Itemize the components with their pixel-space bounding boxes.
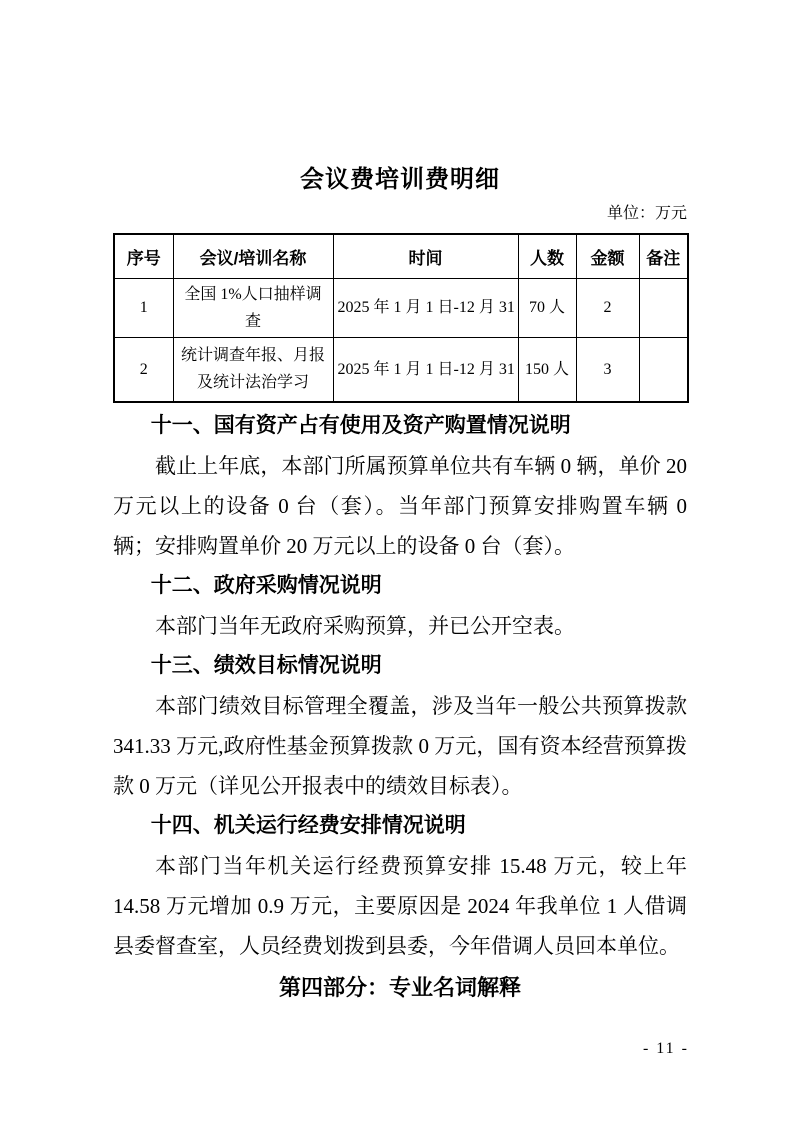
- table-row: 1 全国 1%人口抽样调查 2025 年 1 月 1 日-12 月 31 日 7…: [114, 278, 688, 337]
- column-header-time: 时间: [333, 234, 518, 278]
- page-content: 会议费培训费明细 单位：万元 序号 会议/培训名称 时间 人数 金额 备注 1 …: [113, 0, 687, 1008]
- cell-note: [639, 278, 688, 337]
- section-paragraph: 本部门当年无政府采购预算，并已公开空表。: [113, 606, 687, 646]
- table-row: 2 统计调查年报、月报及统计法治学习 2025 年 1 月 1 日-12 月 3…: [114, 337, 688, 402]
- column-header-name: 会议/培训名称: [173, 234, 333, 278]
- document-page: 会议费培训费明细 单位：万元 序号 会议/培训名称 时间 人数 金额 备注 1 …: [0, 0, 793, 1122]
- cell-no: 1: [114, 278, 173, 337]
- sections: 十一、国有资产占有使用及资产购置情况说明 截止上年底，本部门所属预算单位共有车辆…: [113, 406, 687, 966]
- cell-time: 2025 年 1 月 1 日-12 月 31 日: [333, 337, 518, 402]
- section-twelve: 十二、政府采购情况说明 本部门当年无政府采购预算，并已公开空表。: [113, 566, 687, 646]
- section-heading: 十一、国有资产占有使用及资产购置情况说明: [113, 406, 687, 446]
- section-paragraph: 本部门绩效目标管理全覆盖，涉及当年一般公共预算拨款 341.33 万元,政府性基…: [113, 686, 687, 806]
- cell-note: [639, 337, 688, 402]
- cell-time: 2025 年 1 月 1 日-12 月 31 日: [333, 278, 518, 337]
- cell-name: 统计调查年报、月报及统计法治学习: [173, 337, 333, 402]
- cell-amount: 2: [576, 278, 639, 337]
- table-header-row: 序号 会议/培训名称 时间 人数 金额 备注: [114, 234, 688, 278]
- meeting-training-fee-table: 序号 会议/培训名称 时间 人数 金额 备注 1 全国 1%人口抽样调查 202…: [113, 233, 689, 403]
- column-header-note: 备注: [639, 234, 688, 278]
- column-header-people: 人数: [518, 234, 576, 278]
- column-header-amount: 金额: [576, 234, 639, 278]
- cell-no: 2: [114, 337, 173, 402]
- section-eleven: 十一、国有资产占有使用及资产购置情况说明 截止上年底，本部门所属预算单位共有车辆…: [113, 406, 687, 566]
- cell-amount: 3: [576, 337, 639, 402]
- cell-people: 150 人: [518, 337, 576, 402]
- section-heading: 十三、绩效目标情况说明: [113, 646, 687, 686]
- page-number: - 11 -: [643, 1040, 689, 1058]
- section-heading: 十四、机关运行经费安排情况说明: [113, 806, 687, 846]
- section-paragraph: 本部门当年机关运行经费预算安排 15.48 万元，较上年 14.58 万元增加 …: [113, 846, 687, 966]
- part-four-title: 第四部分：专业名词解释: [113, 968, 687, 1008]
- section-thirteen: 十三、绩效目标情况说明 本部门绩效目标管理全覆盖，涉及当年一般公共预算拨款 34…: [113, 646, 687, 806]
- cell-name: 全国 1%人口抽样调查: [173, 278, 333, 337]
- cell-people: 70 人: [518, 278, 576, 337]
- column-header-no: 序号: [114, 234, 173, 278]
- document-title: 会议费培训费明细: [113, 166, 687, 194]
- section-heading: 十二、政府采购情况说明: [113, 566, 687, 606]
- section-fourteen: 十四、机关运行经费安排情况说明 本部门当年机关运行经费预算安排 15.48 万元…: [113, 806, 687, 966]
- unit-label: 单位：万元: [113, 205, 687, 223]
- section-paragraph: 截止上年底，本部门所属预算单位共有车辆 0 辆，单价 20 万元以上的设备 0 …: [113, 446, 687, 566]
